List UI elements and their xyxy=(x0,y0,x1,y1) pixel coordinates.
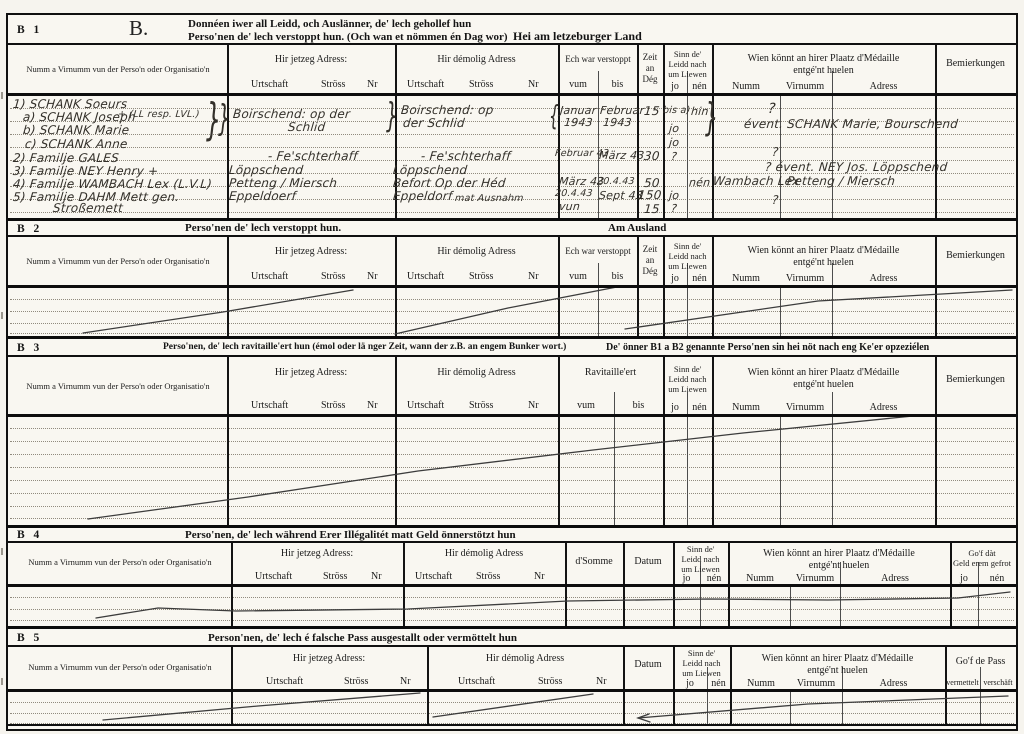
col-header-urtschaft: Urtschaft xyxy=(407,79,444,91)
hw-address-entry: Eppeldorf xyxy=(392,189,453,203)
col-header-urtschaft: Urtschaft xyxy=(407,271,444,283)
col-header-nen: nén xyxy=(707,678,730,690)
grouping-brace: { xyxy=(549,102,559,130)
hw-name-entry: Stroßemett xyxy=(52,201,123,215)
col-header-numm: Numm xyxy=(714,402,778,414)
hw-address-entry: Schlid xyxy=(287,120,326,134)
hw-address-entry: Löppschend xyxy=(392,163,468,177)
hw-address-entry: Löppschend xyxy=(228,163,304,177)
col-header-jetzeg-adress: Hir jetzeg Adress: xyxy=(227,54,395,66)
col-header-urtschaft: Urtschaft xyxy=(407,400,444,412)
col-header-stross: Ströss xyxy=(469,79,493,91)
hw-name-entry: 2) Familje GALES xyxy=(12,151,119,165)
col-header-nr: Nr xyxy=(528,79,539,91)
section-b1-title-line1: Donnéen iwer all Leidd, och Auslänner, d… xyxy=(188,18,471,30)
col-header-adress: Adress xyxy=(842,678,945,690)
col-header-name: Numm a Virnumm vun der Perso'n oder Orga… xyxy=(10,662,230,672)
hw-medal-entry: ? xyxy=(771,145,779,159)
hw-alive-jo: jo xyxy=(668,189,679,202)
col-header-numm: Numm xyxy=(714,273,778,285)
col-header-bemierkungen: Bemierkungen xyxy=(935,250,1016,262)
col-header-jetzeg-adress: Hir jetzeg Adress: xyxy=(231,653,427,665)
col-header-nr: Nr xyxy=(528,400,539,412)
column-line xyxy=(395,237,397,285)
hw-alive-nen: nén xyxy=(688,176,710,189)
col-header-numm: Numm xyxy=(732,678,790,690)
section-b2-title: Perso'nen de' lech verstoppt hun. xyxy=(185,222,341,234)
hw-name-entry: c) SCHANK Anne xyxy=(24,137,128,151)
hw-name-entry: b) SCHANK Marie xyxy=(22,123,130,137)
col-header-zeit: Zeit an Dég xyxy=(637,52,663,84)
col-header-numm: Numm xyxy=(714,81,778,93)
col-header-virnumm: Virnumm xyxy=(780,273,830,285)
strike-marks xyxy=(8,692,1016,726)
col-header-stross: Ströss xyxy=(321,271,345,283)
col-header-verschaft: verschäft xyxy=(980,678,1016,688)
column-line xyxy=(832,96,833,218)
scanned-form-page: B 1 B. Donnéen iwer all Leidd, och Auslä… xyxy=(0,0,1024,734)
col-header-nen: nén xyxy=(978,573,1016,585)
form-sheet: B 1 B. Donnéen iwer all Leidd, och Auslä… xyxy=(6,13,1018,731)
column-line xyxy=(227,357,229,414)
col-header-wien: Wien könnt an hirer Plaatz d'Médaille en… xyxy=(730,653,945,677)
col-header-stross: Ströss xyxy=(476,571,500,583)
scan-artifact xyxy=(1,312,3,319)
hw-name-entry: 1) SCHANK Soeurs xyxy=(12,97,128,111)
col-header-jo: jo xyxy=(673,678,707,690)
section-b4-body xyxy=(8,587,1016,626)
col-header-sinn: Sinn de' Leidd nach um Liewen xyxy=(673,544,728,575)
hw-name-entry: 4) Familje WAMBACH Lex (L.V.L) xyxy=(12,177,212,191)
col-header-jo: jo xyxy=(673,573,700,585)
col-header-virnumm: Virnumm xyxy=(790,678,842,690)
col-header-bemierkungen: Bemierkungen xyxy=(935,58,1016,70)
col-header-stross: Ströss xyxy=(321,79,345,91)
hw-address-entry: Boirschend: op der xyxy=(232,107,350,121)
col-header-bis: bis xyxy=(598,271,637,283)
section-b4-code: B 4 xyxy=(17,529,42,541)
scan-artifact xyxy=(1,678,3,685)
dotted-row-line xyxy=(10,134,1014,135)
col-header-adress: Adress xyxy=(832,81,935,93)
dotted-row-line xyxy=(10,147,1014,148)
col-header-jo: jo xyxy=(950,573,978,585)
section-b3-title: Perso'nen, de' lech ravitaille'ert hun (… xyxy=(163,342,566,352)
col-header-urtschaft: Urtschaft xyxy=(255,571,292,583)
col-header-nr: Nr xyxy=(371,571,382,583)
hw-medal-entry: Petteng / Miersch xyxy=(786,174,895,188)
column-line xyxy=(395,357,397,414)
col-header-demolig-adress: Hir démolig Adress xyxy=(395,367,558,379)
section-b3-header: Numm a Virnumm vun der Perso'n oder Orga… xyxy=(8,357,1016,417)
col-header-adress: Adress xyxy=(832,273,935,285)
hw-days-count: 30 xyxy=(643,149,660,163)
col-header-jetzeg-adress: Hir jetzeg Adress: xyxy=(227,246,395,258)
col-header-demolig-adress: Hir démolig Adress xyxy=(395,54,558,66)
section-b4: B 4 Perso'nen, de' lech während Erer Ill… xyxy=(8,525,1016,626)
hw-alive-jo: ? xyxy=(670,202,677,215)
col-header-nen: nén xyxy=(687,81,712,93)
section-b3-body xyxy=(8,417,1016,525)
section-b4-title-band: B 4 Perso'nen, de' lech während Erer Ill… xyxy=(8,528,1016,543)
column-line xyxy=(395,45,397,93)
col-header-adress: Adress xyxy=(840,573,950,585)
col-header-urtschaft: Urtschaft xyxy=(458,676,495,688)
section-b3: B 3 Perso'nen, de' lech ravitaille'ert h… xyxy=(8,336,1016,525)
col-header-demolig-adress: Hir démolig Adress xyxy=(403,548,565,560)
column-line xyxy=(227,237,229,285)
grouping-brace: } xyxy=(218,101,231,137)
col-header-name: Numm a Virnumm vun der Perso'n oder Orga… xyxy=(10,64,226,74)
col-header-virnumm: Virnumm xyxy=(790,573,840,585)
hw-days-count: 15 xyxy=(643,104,660,118)
col-header-zeit: Zeit an Dég xyxy=(637,244,663,276)
section-b2-body xyxy=(8,288,1016,336)
col-header-vermettelt: vermettelt xyxy=(945,678,980,688)
section-b2-header: Numm a Virnumm vun der Perso'n oder Orga… xyxy=(8,237,1016,288)
section-b3-title-note: De' önner B1 a B2 genannte Perso'nen sin… xyxy=(606,342,929,353)
col-header-urtschaft: Urtschaft xyxy=(266,676,303,688)
hw-date-until: 20.4.43 xyxy=(597,176,636,187)
hw-medal-entry: évent. SCHANK Marie, Bourschend xyxy=(743,117,958,131)
col-header-urtschaft: Urtschaft xyxy=(415,571,452,583)
col-header-jo: jo xyxy=(663,402,687,414)
col-header-sinn: Sinn de' Leidd nach um Liewen xyxy=(663,364,712,395)
col-header-stross: Ströss xyxy=(323,571,347,583)
hw-address-entry: Eppeldoerf xyxy=(228,189,296,203)
col-header-jo: jo xyxy=(663,81,687,93)
col-header-vum: vum xyxy=(558,400,614,412)
grouping-brace: } xyxy=(705,98,718,136)
col-header-nr: Nr xyxy=(596,676,607,688)
hw-address-note: mat Ausnahm xyxy=(455,193,525,204)
hw-name-note: + (LL resp. LVL.) xyxy=(118,109,201,120)
hw-medal-entry: ? xyxy=(767,101,776,117)
section-b2: B 2 Perso'nen de' lech verstoppt hun. Am… xyxy=(8,218,1016,336)
col-header-jo: jo xyxy=(663,273,687,285)
hw-address-entry: Befort Op der Héd xyxy=(392,176,506,190)
col-header-sinn: Sinn de' Leidd nach um Liewen xyxy=(673,648,730,679)
hw-address-entry: Petteng / Miersch xyxy=(228,176,337,190)
col-header-name: Numm a Virnumm vun der Perso'n oder Orga… xyxy=(10,256,226,266)
section-b4-header: Numm a Virnumm vun der Perso'n oder Orga… xyxy=(8,543,1016,587)
section-b1-title-band: B 1 B. Donnéen iwer all Leidd, och Auslä… xyxy=(8,15,1016,45)
hw-note: vun xyxy=(558,200,580,213)
strike-marks xyxy=(8,587,1016,626)
col-header-datum: Datum xyxy=(623,659,673,671)
hw-date-from: 1943 xyxy=(563,116,593,129)
col-header-vum: vum xyxy=(558,79,598,91)
col-header-adress: Adress xyxy=(832,402,935,414)
hw-alive-jo: jo xyxy=(668,122,679,135)
scan-artifact xyxy=(1,548,3,555)
col-header-vum: vum xyxy=(558,271,598,283)
section-b3-code: B 3 xyxy=(17,342,42,354)
col-header-bis: bis xyxy=(598,79,637,91)
col-header-nr: Nr xyxy=(367,271,378,283)
col-header-bis: bis xyxy=(614,400,663,412)
hw-medal-entry: ? xyxy=(771,193,779,207)
section-b1: B 1 B. Donnéen iwer all Leidd, och Auslä… xyxy=(8,15,1016,218)
col-header-nr: Nr xyxy=(400,676,411,688)
column-line xyxy=(935,96,937,218)
col-header-gof-pass: Go'f de Pass xyxy=(945,656,1016,668)
section-b2-title-location: Am Ausland xyxy=(608,222,666,234)
hw-alive-jo: bis a) xyxy=(663,105,691,116)
col-header-wien: Wien könnt an hirer Plaatz d'Médaille en… xyxy=(712,245,935,269)
col-header-urtschaft: Urtschaft xyxy=(251,400,288,412)
hw-date-until: 1943 xyxy=(602,116,632,129)
section-b1-title-line2: Perso'nen de' lech verstoppt hun. (Och w… xyxy=(188,31,508,43)
col-header-verstoppt: Ech war verstoppt xyxy=(559,246,637,257)
col-header-stross: Ströss xyxy=(321,400,345,412)
section-b5-title-band: B 5 Person'nen, de' lech é falsche Pass … xyxy=(8,629,1016,647)
col-header-nen: nén xyxy=(687,273,712,285)
col-header-nr: Nr xyxy=(528,271,539,283)
section-b5-code: B 5 xyxy=(17,632,42,644)
section-b2-code: B 2 xyxy=(17,223,42,235)
col-header-stross: Ströss xyxy=(344,676,368,688)
strike-marks xyxy=(8,288,1016,336)
section-b5: B 5 Person'nen, de' lech é falsche Pass … xyxy=(8,626,1016,726)
strike-marks xyxy=(8,417,1016,525)
section-b1-title-location: Hei am letzeburger Land xyxy=(513,29,642,44)
col-header-ravitailleert: Ravitaille'ert xyxy=(558,367,663,379)
hw-alive-jo: jo xyxy=(668,136,679,149)
hw-address-entry: - Fe'schterhaff xyxy=(267,149,358,163)
section-b5-header: Numm a Virnumm vun der Perso'n oder Orga… xyxy=(8,647,1016,692)
col-header-verstoppt: Ech war verstoppt xyxy=(559,54,637,65)
column-line xyxy=(227,45,229,93)
hw-date-from: 20.4.43 xyxy=(555,188,594,199)
col-header-wien: Wien könnt an hirer Plaatz d'Médaille en… xyxy=(728,548,950,572)
col-header-sinn: Sinn de' Leidd nach um Liewen xyxy=(663,241,712,272)
section-b1-body: 1) SCHANK Soeurs a) SCHANK Joseph + (LL … xyxy=(8,96,1016,218)
column-line xyxy=(780,96,781,218)
col-header-virnumm: Virnumm xyxy=(780,402,830,414)
scan-artifact xyxy=(1,92,3,99)
col-header-demolig-adress: Hir démolig Adress xyxy=(395,246,558,258)
hw-medal-entry: ? évent. NEY Jos. Löppschend xyxy=(764,160,948,174)
col-header-stross: Ströss xyxy=(469,400,493,412)
col-header-wien: Wien könnt an hirer Plaatz d'Médaille en… xyxy=(712,367,935,391)
col-header-demolig-adress: Hir démolig Adress xyxy=(427,653,623,665)
col-header-jetzeg-adress: Hir jetzeg Adress: xyxy=(227,367,395,379)
col-header-jetzeg-adress: Hir jetzeg Adress: xyxy=(231,548,403,560)
section-b2-title-band: B 2 Perso'nen de' lech verstoppt hun. Am… xyxy=(8,221,1016,237)
col-header-nr: Nr xyxy=(367,79,378,91)
section-b3-title-band: B 3 Perso'nen, de' lech ravitaille'ert h… xyxy=(8,339,1016,357)
col-header-nr: Nr xyxy=(367,400,378,412)
col-header-wien: Wien könnt an hirer Plaatz d'Médaille en… xyxy=(712,53,935,77)
hw-name-entry: 3) Familje NEY Henry + xyxy=(12,164,159,178)
col-header-nen: nén xyxy=(700,573,728,585)
col-header-sinn: Sinn de' Leidd nach um Liewen xyxy=(663,49,712,80)
hw-address-entry: der Schlid xyxy=(402,116,465,130)
col-header-dsomme: d'Somme xyxy=(565,556,623,568)
col-header-bemierkungen: Bemierkungen xyxy=(935,374,1016,386)
col-header-stross: Ströss xyxy=(469,271,493,283)
col-header-urtschaft: Urtschaft xyxy=(251,79,288,91)
col-header-urtschaft: Urtschaft xyxy=(251,271,288,283)
section-b5-body xyxy=(8,692,1016,726)
section-b1-big-letter: B. xyxy=(129,16,148,41)
col-header-numm: Numm xyxy=(730,573,790,585)
col-header-datum: Datum xyxy=(623,556,673,568)
section-b1-header: Numm a Virnumm vun der Perso'n oder Orga… xyxy=(8,45,1016,96)
col-header-nen: nén xyxy=(687,402,712,414)
hw-days-count: 150 xyxy=(637,188,662,202)
hw-date-until: März 43 xyxy=(598,149,645,162)
col-header-gof-geld: Go'f dàt Geld erem gefrot xyxy=(948,548,1016,568)
dotted-row-line xyxy=(10,212,1014,213)
grouping-brace: } xyxy=(386,99,398,133)
col-header-name: Numm a Virnumm vun der Perso'n oder Orga… xyxy=(10,381,226,391)
hw-address-entry: - Fe'schterhaff xyxy=(420,149,511,163)
col-header-virnumm: Virnumm xyxy=(780,81,830,93)
section-b5-title: Person'nen, de' lech é falsche Pass ausg… xyxy=(208,632,517,644)
hw-alive-jo: ? xyxy=(670,150,677,163)
hw-address-entry: Boirschend: op xyxy=(400,103,494,117)
col-header-name: Numm a Virnumm vun der Perso'n oder Orga… xyxy=(10,557,230,567)
section-b1-code: B 1 xyxy=(17,24,42,36)
col-header-nr: Nr xyxy=(534,571,545,583)
col-header-stross: Ströss xyxy=(538,676,562,688)
section-b4-title: Perso'nen, de' lech während Erer Illégal… xyxy=(185,529,516,541)
hw-days-count: 15 xyxy=(643,202,660,216)
